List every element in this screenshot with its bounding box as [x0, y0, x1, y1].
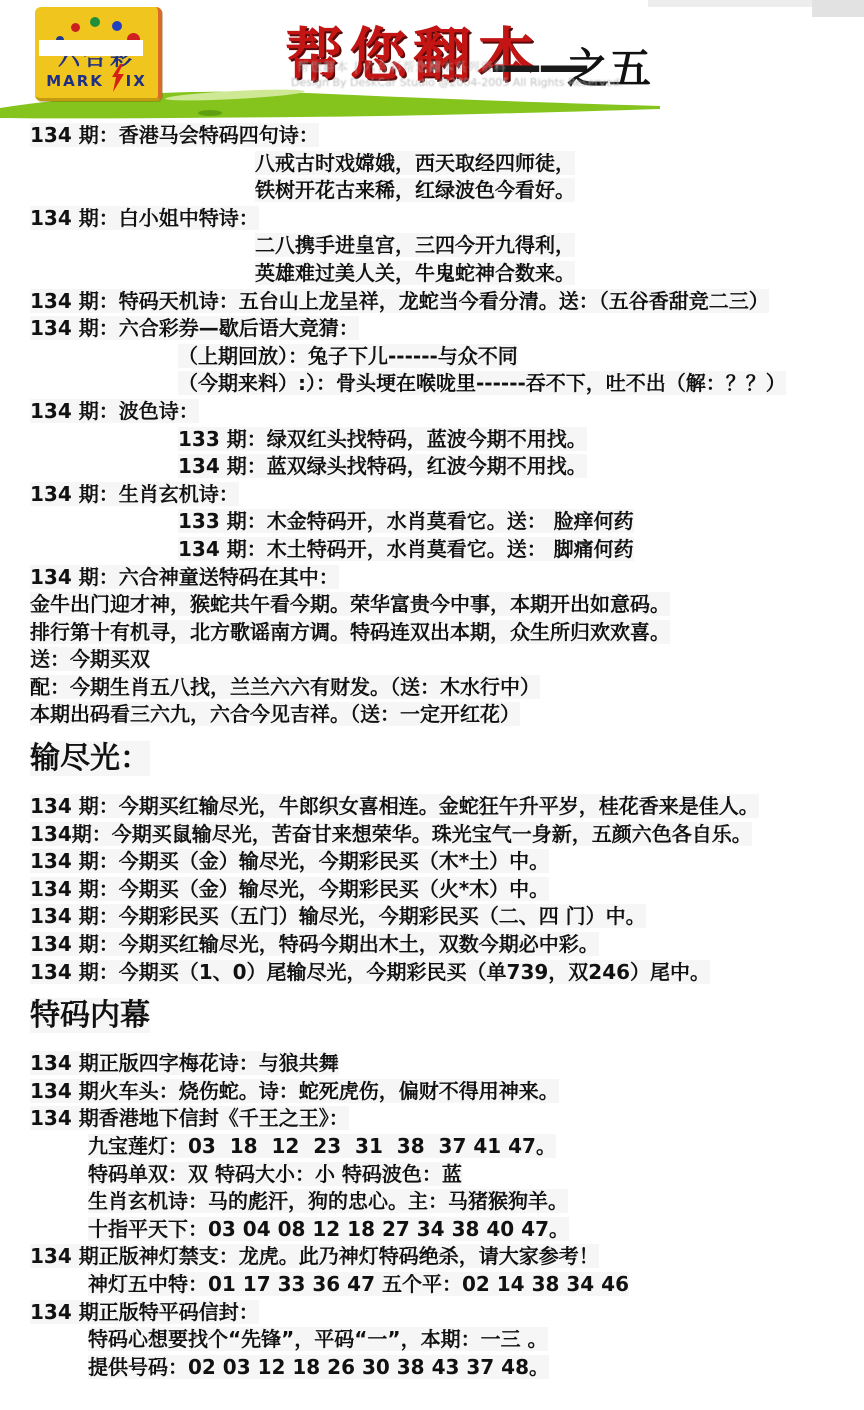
- text-line: 送：今期买双: [30, 646, 864, 674]
- text-line: 134 期：今期买（1、0）尾输尽光，今期彩民买（单739，双246）尾中。: [30, 959, 864, 987]
- marksix-logo: 六合彩 MARK IX: [35, 7, 162, 101]
- text-line: 134 期：今期买（金）输尽光，今期彩民买（木*土）中。: [30, 848, 864, 876]
- text-line: 134 期：生肖玄机诗：: [30, 481, 864, 509]
- text-line: 生肖玄机诗：马的彪汗，狗的忠心。主：马猪猴狗羊。: [30, 1188, 864, 1216]
- document-body: 134 期：香港马会特码四句诗：八戒古时戏嫦娥，西天取经四师徒，铁树开花古来稀，…: [0, 122, 864, 1381]
- text-line-content: 提供号码：02 03 12 18 26 30 38 43 37 48。: [88, 1355, 549, 1379]
- logo-dot-green: [90, 17, 100, 27]
- text-line: 133 期：绿双红头找特码，蓝波今期不用找。: [30, 426, 864, 454]
- text-line-content: 送：今期买双: [30, 647, 150, 671]
- text-line: 134 期：今期买红输尽光，特码今期出木土，双数今期必中彩。: [30, 931, 864, 959]
- text-line-content: 134 期：特码天机诗：五台山上龙呈祥，龙蛇当今看分清。送：（五谷香甜竞二三）: [30, 289, 769, 313]
- text-line-content: 134 期：六合彩券—歇后语大竞猜：: [30, 316, 359, 340]
- text-line: 本期出码看三六九，六合今见吉祥。（送：一定开红花）: [30, 701, 864, 729]
- section-heading: 特码内幕: [30, 996, 864, 1036]
- text-line: 提供号码：02 03 12 18 26 30 38 43 37 48。: [30, 1354, 864, 1382]
- text-line-content: 十指平天下：03 04 08 12 18 27 34 38 40 47。: [88, 1217, 569, 1241]
- text-line-content: 铁树开花古来稀，红绿波色今看好。: [255, 178, 575, 202]
- text-line: 134期：今期买鼠输尽光，苦奋甘来想荣华。珠光宝气一身新，五颜六色各自乐。: [30, 821, 864, 849]
- text-line: 134 期正版四字梅花诗：与狼共舞: [30, 1050, 864, 1078]
- text-line: 134 期：六合神童送特码在其中：: [30, 564, 864, 592]
- text-line: 二八携手进皇宫，三四今开九得利，: [30, 232, 864, 260]
- text-line-content: （今期来料）:）：骨头埂在喉咙里------吞不下，吐不出（解：？？）: [178, 371, 786, 395]
- text-line: 八戒古时戏嫦娥，西天取经四师徒，: [30, 150, 864, 178]
- logo-dot-blue2: [112, 21, 122, 31]
- text-line: 134 期：波色诗：: [30, 398, 864, 426]
- text-line-content: 二八携手进皇宫，三四今开九得利，: [255, 233, 575, 257]
- text-line: 九宝莲灯：03 18 12 23 31 38 37 41 47。: [30, 1133, 864, 1161]
- text-line: 神灯五中特：01 17 33 36 47 五个平：02 14 38 34 46: [30, 1271, 864, 1299]
- text-line-content: 九宝莲灯：03 18 12 23 31 38 37 41 47。: [88, 1134, 556, 1158]
- text-line-content: 配：今期生肖五八找，兰兰六六有财发。（送：木水行中）: [30, 675, 540, 699]
- text-line: 134 期香港地下信封《千王之王》：: [30, 1105, 864, 1133]
- text-line: 134 期：白小姐中特诗：: [30, 205, 864, 233]
- text-line-content: 生肖玄机诗：马的彪汗，狗的忠心。主：马猪猴狗羊。: [88, 1189, 568, 1213]
- text-line-content: 134 期正版神灯禁支：龙虎。此乃神灯特码绝杀，请大家参考！: [30, 1244, 599, 1268]
- text-line-content: 134 期正版特平码信封：: [30, 1300, 259, 1324]
- text-line-content: 特码内幕: [30, 998, 150, 1033]
- text-line: （上期回放）：兔子下儿------与众不同: [30, 343, 864, 371]
- text-line: 英雄难过美人关，牛鬼蛇神合数来。: [30, 260, 864, 288]
- text-line-content: 134 期：白小姐中特诗：: [30, 206, 259, 230]
- text-line-content: 134 期：今期买（金）输尽光，今期彩民买（火*木）中。: [30, 877, 549, 901]
- text-line-content: 134 期：波色诗：: [30, 399, 199, 423]
- text-line-content: 134 期正版四字梅花诗：与狼共舞: [30, 1051, 339, 1075]
- text-line: （今期来料）:）：骨头埂在喉咙里------吞不下，吐不出（解：？？）: [30, 370, 864, 398]
- text-line: 134 期正版神灯禁支：龙虎。此乃神灯特码绝杀，请大家参考！: [30, 1243, 864, 1271]
- text-line: 134 期：今期彩民买（五门）输尽光，今期彩民买（二、四 门）中。: [30, 903, 864, 931]
- text-line-content: 134 期火车头：烧伤蛇。诗：蛇死虎伤，偏财不得用神来。: [30, 1079, 559, 1103]
- text-line-content: 八戒古时戏嫦娥，西天取经四师徒，: [255, 151, 575, 175]
- lightning-icon: [111, 64, 125, 92]
- watermark-line2: Design By DeskCar Studio @2004-2005 All …: [291, 76, 623, 89]
- text-line-content: 133 期：木金特码开，水肖莫看它。送： 脸痒何药: [178, 509, 634, 533]
- text-line: 133 期：木金特码开，水肖莫看它。送： 脸痒何药: [30, 508, 864, 536]
- text-line-content: 英雄难过美人关，牛鬼蛇神合数来。: [255, 261, 575, 285]
- text-line-content: 134 期：今期买（1、0）尾输尽光，今期彩民买（单739，双246）尾中。: [30, 960, 710, 984]
- logo-white-strip: [39, 40, 143, 56]
- text-line-content: 金牛出门迎才神，猴蛇共午看今期。荣华富贵今中事，本期开出如意码。: [30, 592, 670, 616]
- text-line-content: 134 期：今期买（金）输尽光，今期彩民买（木*土）中。: [30, 849, 549, 873]
- text-line-content: 排行第十有机寻，北方歌谣南方调。特码连双出本期，众生所归欢欢喜。: [30, 620, 670, 644]
- section-heading: 输尽光：: [30, 739, 864, 779]
- text-line-content: 134 期：木土特码开，水肖莫看它。送： 脚痛何药: [178, 537, 634, 561]
- logo-mark-text: MARK: [46, 72, 104, 90]
- text-line: 特码心想要找个“先锋”，平码“一”，本期：一三 。: [30, 1326, 864, 1354]
- text-line-content: 134 期：今期彩民买（五门）输尽光，今期彩民买（二、四 门）中。: [30, 904, 646, 928]
- header: 六合彩 MARK IX 帮您翻本 —— 之五 帮您翻本 | 六合彩帮您翻本系列资…: [0, 0, 864, 122]
- text-line-content: 特码单双：双 特码大小：小 特码波色：蓝: [88, 1162, 462, 1186]
- text-line-content: 134 期：六合神童送特码在其中：: [30, 565, 339, 589]
- text-line-content: 134 期：今期买红输尽光，特码今期出木土，双数今期必中彩。: [30, 932, 599, 956]
- text-line-content: 134 期：生肖玄机诗：: [30, 482, 239, 506]
- text-line-content: （上期回放）：兔子下儿------与众不同: [178, 344, 518, 368]
- text-line: 134 期：特码天机诗：五台山上龙呈祥，龙蛇当今看分清。送：（五谷香甜竞二三）: [30, 288, 864, 316]
- logo-dot-red: [71, 23, 80, 32]
- text-line: 金牛出门迎才神，猴蛇共午看今期。荣华富贵今中事，本期开出如意码。: [30, 591, 864, 619]
- text-line: 134 期：香港马会特码四句诗：: [30, 122, 864, 150]
- text-line: 134 期：今期买红输尽光，牛郎织女喜相连。金蛇狂午升平岁，桂花香来是佳人。: [30, 793, 864, 821]
- text-line: 配：今期生肖五八找，兰兰六六有财发。（送：木水行中）: [30, 674, 864, 702]
- text-line: 排行第十有机寻，北方歌谣南方调。特码连双出本期，众生所归欢欢喜。: [30, 619, 864, 647]
- text-line: 铁树开花古来稀，红绿波色今看好。: [30, 177, 864, 205]
- text-line-content: 本期出码看三六九，六合今见吉祥。（送：一定开红花）: [30, 702, 520, 726]
- text-line-content: 神灯五中特：01 17 33 36 47 五个平：02 14 38 34 46: [88, 1272, 629, 1296]
- text-line-content: 134 期：今期买红输尽光，牛郎织女喜相连。金蛇狂午升平岁，桂花香来是佳人。: [30, 794, 759, 818]
- text-line: 134 期火车头：烧伤蛇。诗：蛇死虎伤，偏财不得用神来。: [30, 1078, 864, 1106]
- text-line: 134 期正版特平码信封：: [30, 1299, 864, 1327]
- text-line: 134 期：木土特码开，水肖莫看它。送： 脚痛何药: [30, 536, 864, 564]
- watermark-line1: 帮您翻本 | 六合彩帮您翻本系列资料: [297, 58, 507, 75]
- text-line-content: 输尽光：: [30, 741, 150, 776]
- text-line: 134 期：六合彩券—歇后语大竞猜：: [30, 315, 864, 343]
- text-line: 特码单双：双 特码大小：小 特码波色：蓝: [30, 1161, 864, 1189]
- text-line: 134 期：今期买（金）输尽光，今期彩民买（火*木）中。: [30, 876, 864, 904]
- title-block: 帮您翻本 —— 之五 帮您翻本 | 六合彩帮您翻本系列资料 Design By …: [285, 6, 845, 116]
- text-line: 十指平天下：03 04 08 12 18 27 34 38 40 47。: [30, 1216, 864, 1244]
- text-line-content: 134期：今期买鼠输尽光，苦奋甘来想荣华。珠光宝气一身新，五颜六色各自乐。: [30, 822, 752, 846]
- logo-brand-text: MARK IX: [35, 72, 158, 90]
- text-line-content: 特码心想要找个“先锋”，平码“一”，本期：一三 。: [88, 1327, 548, 1351]
- logo-ix-text: IX: [126, 72, 147, 90]
- text-line: 134 期：蓝双绿头找特码，红波今期不用找。: [30, 453, 864, 481]
- text-line-content: 134 期：香港马会特码四句诗：: [30, 123, 319, 147]
- text-line-content: 134 期：蓝双绿头找特码，红波今期不用找。: [178, 454, 587, 478]
- text-line-content: 134 期香港地下信封《千王之王》：: [30, 1106, 349, 1130]
- text-line-content: 133 期：绿双红头找特码，蓝波今期不用找。: [178, 427, 587, 451]
